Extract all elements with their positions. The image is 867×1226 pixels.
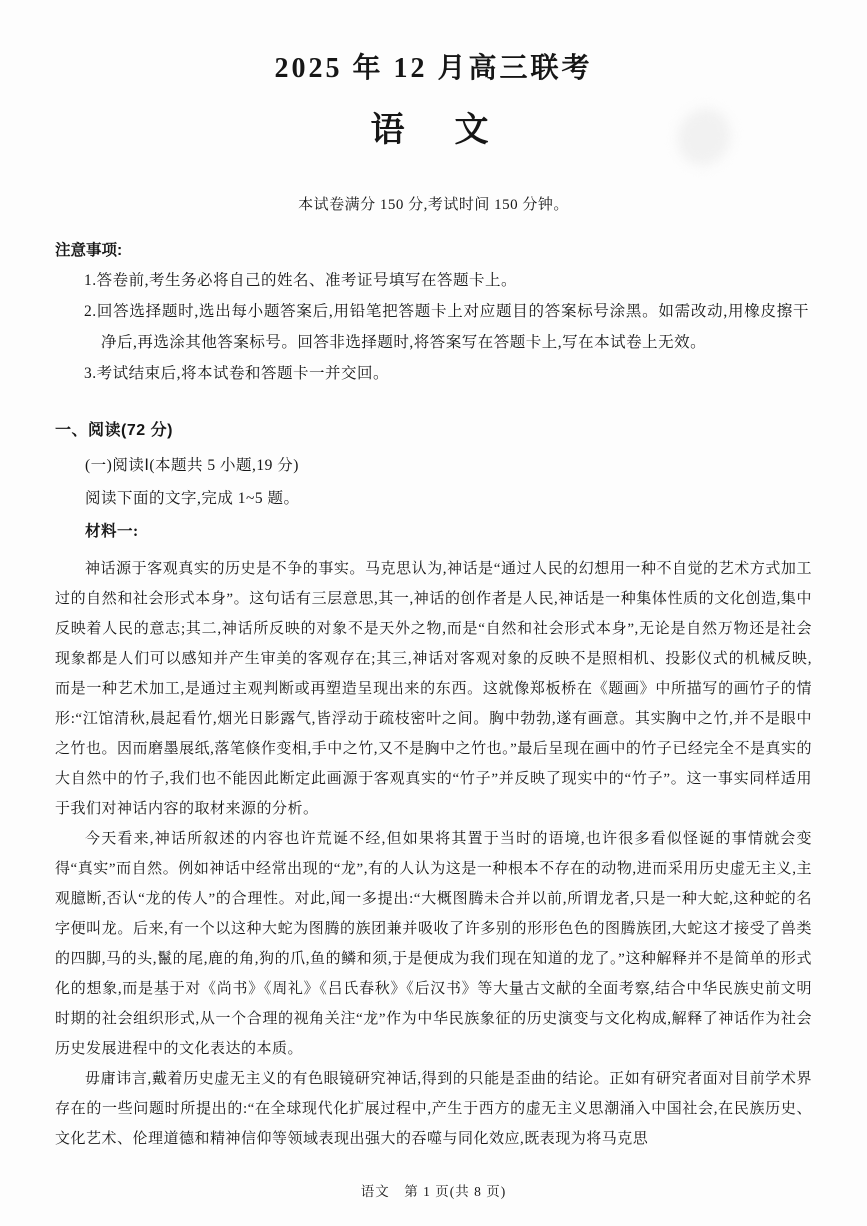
notice-item-1: 1.答卷前,考生务必将自己的姓名、准考证号填写在答题卡上。 xyxy=(84,265,809,296)
page-footer: 语文 第 1 页(共 8 页) xyxy=(0,1180,867,1200)
subsection-reading-1-heading: (一)阅读Ⅰ(本题共 5 小题,19 分) xyxy=(85,453,867,475)
material-paragraph-3: 毋庸讳言,戴着历史虚无主义的有色眼镜研究神话,得到的只能是歪曲的结论。正如有研究… xyxy=(55,1064,812,1154)
exam-subject: 语 文 xyxy=(0,102,867,151)
exam-info-line: 本试卷满分 150 分,考试时间 150 分钟。 xyxy=(0,193,867,214)
reading-instruction: 阅读下面的文字,完成 1~5 题。 xyxy=(85,486,867,508)
material-paragraph-2: 今天看来,神话所叙述的内容也许荒诞不经,但如果将其置于当时的语境,也许很多看似怪… xyxy=(55,824,812,1064)
notice-item-3: 3.考试结束后,将本试卷和答题卡一并交回。 xyxy=(84,358,809,389)
notice-heading: 注意事项: xyxy=(55,238,867,260)
exam-paper-page: 2025 年 12 月高三联考 语 文 本试卷满分 150 分,考试时间 150… xyxy=(0,0,867,1226)
material-one-label: 材料一: xyxy=(85,519,867,541)
section-one-heading: 一、阅读(72 分) xyxy=(55,417,867,440)
notice-item-2: 2.回答选择题时,选出每小题答案后,用铅笔把答题卡上对应题目的答案标号涂黑。如需… xyxy=(84,296,809,358)
material-paragraph-1: 神话源于客观真实的历史是不争的事实。马克思认为,神话是“通过人民的幻想用一种不自… xyxy=(55,554,812,824)
material-one-text: 神话源于客观真实的历史是不争的事实。马克思认为,神话是“通过人民的幻想用一种不自… xyxy=(55,554,812,1154)
exam-title: 2025 年 12 月高三联考 xyxy=(0,46,867,86)
notice-list: 1.答卷前,考生务必将自己的姓名、准考证号填写在答题卡上。 2.回答选择题时,选… xyxy=(84,265,809,389)
